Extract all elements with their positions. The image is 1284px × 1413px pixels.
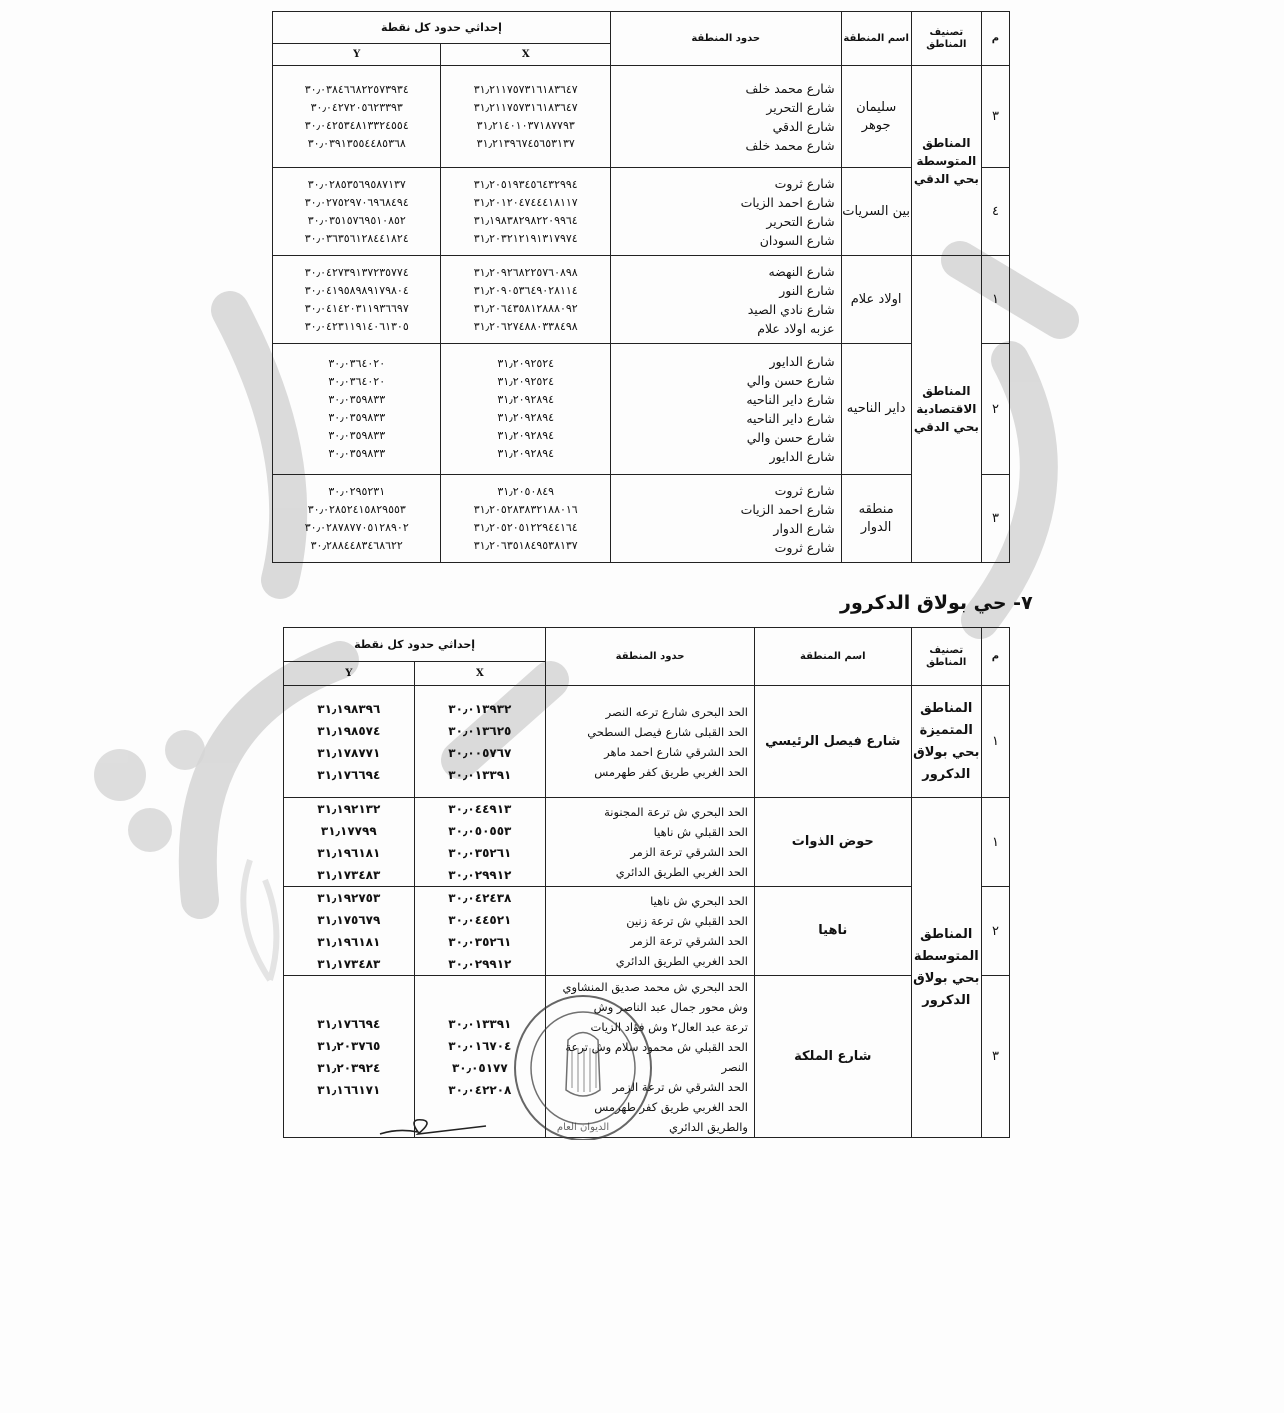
zone-name: اولاد علام — [841, 256, 911, 344]
table-row: ٣ المناطق المتوسطة بحي الدقي سليمان جوهر… — [273, 66, 1010, 168]
x-value: ٣١٫٢٠٥١٩٣٤٥٦٤٣٢٩٩٤ — [441, 176, 609, 194]
x-value: ٣١٫٢٠٩٢٨٩٤ — [441, 445, 609, 463]
x-coordinates: ٣٠٫٠١٣٩٣٢ ٣٠٫٠١٣٦٢٥ ٣٠٫٠٠٥٧٦٧ ٣٠٫٠١٣٣٩١ — [414, 686, 546, 798]
zone-name: شارع فيصل الرئيسي — [754, 686, 911, 798]
y-coordinates: ٣٠٫٠٣٦٤٠٢٠ ٣٠٫٠٣٦٤٠٢٠ ٣٠٫٠٣٥٩٨٣٣ ٣٠٫٠٣٥٩… — [273, 344, 441, 475]
header-x: X — [414, 662, 546, 686]
x-value: ٣٠٫٠٤٤٩١٣ — [415, 798, 546, 820]
y-value: ٣١٫١٧٨٧٧١ — [284, 742, 414, 764]
x-value: ٣٠٫٠١٣٦٢٥ — [415, 720, 546, 742]
y-value: ٣١٫١٧٥٦٧٩ — [284, 909, 414, 931]
bound-line: شارع احمد الزيات — [611, 500, 835, 519]
x-coordinates: ٣١٫٢١١٧٥٧٣١٦١٨٣٦٤٧ ٣١٫٢١١٧٥٧٣١٦١٨٣٦٤٧ ٣١… — [441, 66, 610, 168]
header-classification: تصنيف المناطق — [911, 628, 981, 686]
x-value: ٣١٫٢٠٦٢٧٤٨٨٠٣٣٨٤٩٨ — [441, 318, 609, 336]
x-value: ٣١٫٢٠٥٢٨٣٨٣٢١٨٨٠١٦ — [441, 501, 609, 519]
x-value: ٣١٫٢٠٥٢٠٥١٢٢٩٤٤١٦٤ — [441, 519, 609, 537]
row-index: ٣ — [981, 976, 1009, 1138]
x-value: ٣١٫٢٠٩٢٨٩٤ — [441, 427, 609, 445]
x-value: ٣١٫٢٠٩٢٨٩٤ — [441, 391, 609, 409]
x-value: ٣٠٫٠٢٩٩١٢ — [415, 864, 546, 886]
bound-line: شارع احمد الزيات — [611, 193, 835, 212]
x-value: ٣٠٫٠١٦٧٠٤ — [415, 1035, 546, 1057]
y-value: ٣٠٫٠٤٢٥٣٤٨١٣٣٢٤٥٥٤ — [273, 117, 440, 135]
zone-bounds: الحد البحرى شارع ترعه النصر الحد القبلى … — [546, 686, 755, 798]
y-value: ٣١٫١٧٣٤٨٣ — [284, 864, 414, 886]
x-value: ٣٠٫٠٤٢٤٣٨ — [415, 887, 546, 909]
y-value: ٣٠٫٠٣٦٣٥٦١٢٨٤٤١٨٢٤ — [273, 230, 440, 248]
bound-line: شارع الدايور — [611, 352, 835, 371]
row-index: ٤ — [981, 168, 1009, 256]
y-coordinates: ٣١٫١٩٨٣٩٦ ٣١٫١٩٨٥٧٤ ٣١٫١٧٨٧٧١ ٣١٫١٧٦٦٩٤ — [284, 686, 415, 798]
bound-line: الحد الغربي طريق كفر طهرمس — [546, 1097, 748, 1117]
row-index: ٣ — [981, 475, 1009, 563]
x-value: ٣١٫٢١٣٩٦٧٤٥٦٥٣١٣٧ — [441, 135, 609, 153]
zone-bounds: الحد البحري ش ترعة المجنونة الحد القبلي … — [546, 798, 755, 887]
y-value: ٣٠٫٠٣٦٤٠٢٠ — [273, 373, 440, 391]
header-classification: تصنيف المناطق — [911, 12, 981, 66]
y-value: ٣١٫١٩٨٥٧٤ — [284, 720, 414, 742]
bound-line: والطريق الدائري — [546, 1117, 748, 1137]
x-value: ٣١٫٢٠٩٠٥٣٦٤٩٠٢٨١١٤ — [441, 282, 609, 300]
header-zone-bounds: حدود المنطقة — [610, 12, 841, 66]
header-coordinates: إحداثي حدود كل نقطة — [273, 12, 611, 44]
bound-line: الحد القبلي ش محمود سلام وش ترعة — [546, 1037, 748, 1057]
y-value: ٣٠٫٠٢٩٥٢٣١ — [273, 483, 440, 501]
y-value: ٣٠٫٠٢٨٥٣٥٦٩٥٨٧١٣٧ — [273, 176, 440, 194]
header-index: م — [981, 12, 1009, 66]
row-index: ١ — [981, 798, 1009, 887]
table-row: ٢ داير الناحيه شارع الدايور شارع حسن وال… — [273, 344, 1010, 475]
x-value: ٣٠٫٠١٣٣٩١ — [415, 764, 546, 786]
zone-bounds: الحد البحري ش ناهيا الحد القبلي ش ترعة ز… — [546, 887, 755, 976]
header-zone-name: اسم المنطقة — [754, 628, 911, 686]
x-value: ٣٠٫٠٠٥٧٦٧ — [415, 742, 546, 764]
bound-line: شارع الدقي — [611, 117, 835, 136]
header-index: م — [981, 628, 1009, 686]
y-value: ٣٠٫٠٢٨٥٢٤١٥٨٢٩٥٥٣ — [273, 501, 440, 519]
bound-line: ترعة عبد العال٢ وش فؤاد الزيات — [546, 1017, 748, 1037]
y-value: ٣٠٫٠٤٢٧٢٠٥٦٢٣٣٩٣ — [273, 99, 440, 117]
y-value: ٣١٫٢٠٣٩٢٤ — [284, 1057, 414, 1079]
zone-bounds: شارع ثروت شارع احمد الزيات شارع التحرير … — [610, 168, 841, 256]
classification-cell: المناطق الاقتصادية بحي الدقي — [911, 256, 981, 563]
classification-cell: المناطق المتوسطة بحي الدقي — [911, 66, 981, 256]
header-zone-name: اسم المنطقة — [841, 12, 911, 66]
table-row: ٢ ناهيا الحد البحري ش ناهيا الحد القبلي … — [284, 887, 1010, 976]
bound-line: الحد الغربي الطريق الدائري — [546, 951, 748, 971]
x-value: ٣١٫٢٠٩٢٥٢٤ — [441, 373, 609, 391]
bound-line: الحد القبلي ش ترعة زنين — [546, 911, 748, 931]
x-coordinates: ٣٠٫٠٤٢٤٣٨ ٣٠٫٠٤٤٥٢١ ٣٠٫٠٣٥٢٦١ ٣٠٫٠٢٩٩١٢ — [414, 887, 546, 976]
bound-line: شارع داير الناحيه — [611, 390, 835, 409]
bound-line: شارع محمد خلف — [611, 136, 835, 155]
x-value: ٣١٫٢١٤٠١٠٣٧١٨٧٧٩٣ — [441, 117, 609, 135]
header-zone-bounds: حدود المنطقة — [546, 628, 755, 686]
y-value: ٣٠٫٠٣٥٩٨٣٣ — [273, 391, 440, 409]
y-value: ٣١٫١٩٦١٨١ — [284, 931, 414, 953]
y-value: ٣٠٫٠٣٥٩٨٣٣ — [273, 409, 440, 427]
zone-bounds: شارع محمد خلف شارع التحرير شارع الدقي شا… — [610, 66, 841, 168]
y-value: ٣٠٫٠٣٥٩٨٣٣ — [273, 445, 440, 463]
bound-line: الحد البحرى شارع ترعه النصر — [546, 702, 748, 722]
header-y: Y — [284, 662, 415, 686]
x-value: ٣٠٫٠٢٩٩١٢ — [415, 953, 546, 975]
y-value: ٣٠٫٠٤١٤٢٠٣١١٩٣٦٦٩٧ — [273, 300, 440, 318]
section-title: ٧- حي بولاق الدكرور — [840, 592, 1033, 614]
y-value: ٣١٫١٩٦١٨١ — [284, 842, 414, 864]
bound-line: الحد البحري ش محمد صديق المنشاوي — [546, 977, 748, 997]
x-value: ٣٠٫٠١٣٣٩١ — [415, 1013, 546, 1035]
y-coordinates: ٣٠٫٠٣٨٤٦٦٨٢٢٥٧٣٩٣٤ ٣٠٫٠٤٢٧٢٠٥٦٢٣٣٩٣ ٣٠٫٠… — [273, 66, 441, 168]
x-coordinates: ٣١٫٢٠٥١٩٣٤٥٦٤٣٢٩٩٤ ٣١٫٢٠١٢٠٤٧٤٤٤١٨١١٧ ٣١… — [441, 168, 610, 256]
row-index: ١ — [981, 686, 1009, 798]
row-index: ١ — [981, 256, 1009, 344]
x-value: ٣١٫٢١١٧٥٧٣١٦١٨٣٦٤٧ — [441, 99, 609, 117]
x-value: ٣١٫٢٠٩٢٥٢٤ — [441, 355, 609, 373]
table-row: ١ المناطق المتوسطة بحي بولاق الدكرور حوض… — [284, 798, 1010, 887]
y-value: ٣٠٫٠٣٥٩٨٣٣ — [273, 427, 440, 445]
x-value: ٣١٫٢٠٣٢١٢١٩١٣١٧٩٧٤ — [441, 230, 609, 248]
bound-line: شارع الدايور — [611, 447, 835, 466]
bound-line: وش محور جمال عبد الناصر وش — [546, 997, 748, 1017]
bound-line: النصر — [546, 1057, 748, 1077]
table-row: ٣ منطقه الدوار شارع ثروت شارع احمد الزيا… — [273, 475, 1010, 563]
zone-name: ناهيا — [754, 887, 911, 976]
row-index: ٢ — [981, 887, 1009, 976]
y-value: ٣٠٫٠٤٢٧٣٩١٣٧٢٣٥٧٧٤ — [273, 264, 440, 282]
y-value: ٣١٫١٩٢١٣٢ — [284, 798, 414, 820]
zones-table-bulaq-dakrour: م تصنيف المناطق اسم المنطقة حدود المنطقة… — [283, 627, 1010, 1138]
bound-line: الحد الشرقي ترعة الزمر — [546, 842, 748, 862]
y-coordinates: ٣١٫١٧٦٦٩٤ ٣١٫٢٠٣٧٦٥ ٣١٫٢٠٣٩٢٤ ٣١٫١٦٦١٧١ — [284, 976, 415, 1138]
header-coordinates: إحداثي حدود كل نقطة — [284, 628, 546, 662]
y-value: ٣١٫١٧٦٦٩٤ — [284, 1013, 414, 1035]
x-value: ٣٠٫٠٣٥٢٦١ — [415, 931, 546, 953]
bound-line: الحد القبلي ش ناهيا — [546, 822, 748, 842]
zone-bounds: شارع النهضه شارع النور شارع نادي الصيد ع… — [610, 256, 841, 344]
x-value: ٣١٫٢٠٥٠٨٤٩ — [441, 483, 609, 501]
table-row: ١ المناطق الاقتصادية بحي الدقي اولاد علا… — [273, 256, 1010, 344]
x-value: ٣١٫٢٠٩٢٨٩٤ — [441, 409, 609, 427]
x-coordinates: ٣٠٫٠٤٤٩١٣ ٣٠٫٠٥٠٥٥٣ ٣٠٫٠٣٥٢٦١ ٣٠٫٠٢٩٩١٢ — [414, 798, 546, 887]
x-coordinates: ٣١٫٢٠٩٢٥٢٤ ٣١٫٢٠٩٢٥٢٤ ٣١٫٢٠٩٢٨٩٤ ٣١٫٢٠٩٢… — [441, 344, 610, 475]
zone-name: بين السريات — [841, 168, 911, 256]
bound-line: عزبه اولاد علام — [611, 319, 835, 338]
x-value: ٣١٫٢٠١٢٠٤٧٤٤٤١٨١١٧ — [441, 194, 609, 212]
header-y: Y — [273, 44, 441, 66]
zone-name: شارع الملكة — [754, 976, 911, 1138]
x-value: ٣٠٫٠٥٠٥٥٣ — [415, 820, 546, 842]
bound-line: شارع التحرير — [611, 98, 835, 117]
table-row: ١ المناطق المتميزة بحي بولاق الدكرور شار… — [284, 686, 1010, 798]
zone-name: منطقه الدوار — [841, 475, 911, 563]
bound-line: شارع نادي الصيد — [611, 300, 835, 319]
bound-line: الحد الغربي طريق كفر طهرمس — [546, 762, 748, 782]
bound-line: الحد البحري ش ناهيا — [546, 891, 748, 911]
y-value: ٣١٫١٧٣٤٨٣ — [284, 953, 414, 975]
bound-line: الحد القبلى شارع فيصل السطحي — [546, 722, 748, 742]
row-index: ٢ — [981, 344, 1009, 475]
x-value: ٣٠٫٠٤٤٥٢١ — [415, 909, 546, 931]
y-value: ٣١٫١٩٢٧٥٣ — [284, 887, 414, 909]
table-row: ٣ شارع الملكة الحد البحري ش محمد صديق ال… — [284, 976, 1010, 1138]
y-value: ٣٠٫٠٢٨٧٨٧٧٠٥١٢٨٩٠٢ — [273, 519, 440, 537]
x-value: ٣١٫٢٠٦٣٥١٨٤٩٥٣٨١٣٧ — [441, 537, 609, 555]
y-value: ٣١٫١٦٦١٧١ — [284, 1079, 414, 1101]
header-x: X — [441, 44, 610, 66]
zone-bounds: شارع ثروت شارع احمد الزيات شارع الدوار ش… — [610, 475, 841, 563]
x-value: ٣٠٫٠٤٢٢٠٨ — [415, 1079, 546, 1101]
y-coordinates: ٣١٫١٩٢٧٥٣ ٣١٫١٧٥٦٧٩ ٣١٫١٩٦١٨١ ٣١٫١٧٣٤٨٣ — [284, 887, 415, 976]
table-row: ٤ بين السريات شارع ثروت شارع احمد الزيات… — [273, 168, 1010, 256]
x-value: ٣٠٫٠٥١٧٧ — [415, 1057, 546, 1079]
bound-line: شارع حسن والي — [611, 428, 835, 447]
bound-line: شارع النور — [611, 281, 835, 300]
y-value: ٣٠٫٠٤١٩٥٨٩٨٩١٧٩٨٠٤ — [273, 282, 440, 300]
bound-line: الحد الغربي الطريق الدائري — [546, 862, 748, 882]
y-coordinates: ٣١٫١٩٢١٣٢ ٣١٫١٧٧٩٩ ٣١٫١٩٦١٨١ ٣١٫١٧٣٤٨٣ — [284, 798, 415, 887]
bound-line: شارع محمد خلف — [611, 79, 835, 98]
bound-line: شارع داير الناحيه — [611, 409, 835, 428]
zone-name: حوض الذوات — [754, 798, 911, 887]
bound-line: الحد الشرقي ترعة الزمر — [546, 931, 748, 951]
y-coordinates: ٣٠٫٠٤٢٧٣٩١٣٧٢٣٥٧٧٤ ٣٠٫٠٤١٩٥٨٩٨٩١٧٩٨٠٤ ٣٠… — [273, 256, 441, 344]
x-value: ٣١٫٢٠٦٤٣٥٨١٢٨٨٨٠٩٢ — [441, 300, 609, 318]
bound-line: الحد الشرقي شارع احمد ماهر — [546, 742, 748, 762]
x-coordinates: ٣٠٫٠١٣٣٩١ ٣٠٫٠١٦٧٠٤ ٣٠٫٠٥١٧٧ ٣٠٫٠٤٢٢٠٨ — [414, 976, 546, 1138]
y-value: ٣١٫١٩٨٣٩٦ — [284, 698, 414, 720]
y-value: ٣٠٫٠٣٨٤٦٦٨٢٢٥٧٣٩٣٤ — [273, 81, 440, 99]
y-value: ٣١٫١٧٦٦٩٤ — [284, 764, 414, 786]
y-value: ٣٠٫٢٨٨٤٤٨٣٤٦٨٦٢٢ — [273, 537, 440, 555]
bound-line: شارع ثروت — [611, 481, 835, 500]
y-value: ٣٠٫٠٤٢٣١١٩١٤٠٦١٣٠٥ — [273, 318, 440, 336]
y-value: ٣١٫١٧٧٩٩ — [284, 820, 414, 842]
y-value: ٣٠٫٠٣٦٤٠٢٠ — [273, 355, 440, 373]
y-value: ٣١٫٢٠٣٧٦٥ — [284, 1035, 414, 1057]
bound-line: شارع التحرير — [611, 212, 835, 231]
x-coordinates: ٣١٫٢٠٩٢٦٨٢٢٥٧٦٠٨٩٨ ٣١٫٢٠٩٠٥٣٦٤٩٠٢٨١١٤ ٣١… — [441, 256, 610, 344]
x-value: ٣٠٫٠٣٥٢٦١ — [415, 842, 546, 864]
zones-table-dokki: م تصنيف المناطق اسم المنطقة حدود المنطقة… — [272, 11, 1010, 563]
classification-cell: المناطق المتوسطة بحي بولاق الدكرور — [911, 798, 981, 1138]
x-value: ٣١٫١٩٨٣٨٢٩٨٢٢٠٩٩٦٤ — [441, 212, 609, 230]
zone-bounds: شارع الدايور شارع حسن والي شارع داير الن… — [610, 344, 841, 475]
bound-line: الحد البحري ش ترعة المجنونة — [546, 802, 748, 822]
x-coordinates: ٣١٫٢٠٥٠٨٤٩ ٣١٫٢٠٥٢٨٣٨٣٢١٨٨٠١٦ ٣١٫٢٠٥٢٠٥١… — [441, 475, 610, 563]
bound-line: شارع الدوار — [611, 519, 835, 538]
bound-line: شارع ثروت — [611, 174, 835, 193]
y-coordinates: ٣٠٫٠٢٩٥٢٣١ ٣٠٫٠٢٨٥٢٤١٥٨٢٩٥٥٣ ٣٠٫٠٢٨٧٨٧٧٠… — [273, 475, 441, 563]
y-coordinates: ٣٠٫٠٢٨٥٣٥٦٩٥٨٧١٣٧ ٣٠٫٠٢٧٥٢٩٧٠٦٩٦٨٤٩٤ ٣٠٫… — [273, 168, 441, 256]
zone-bounds: الحد البحري ش محمد صديق المنشاوي وش محور… — [546, 976, 755, 1138]
zone-name: داير الناحيه — [841, 344, 911, 475]
x-value: ٣٠٫٠١٣٩٣٢ — [415, 698, 546, 720]
y-value: ٣٠٫٠٢٧٥٢٩٧٠٦٩٦٨٤٩٤ — [273, 194, 440, 212]
bound-line: الحد الشرقي ش ترعة الزمر — [546, 1077, 748, 1097]
row-index: ٣ — [981, 66, 1009, 168]
x-value: ٣١٫٢٠٩٢٦٨٢٢٥٧٦٠٨٩٨ — [441, 264, 609, 282]
bound-line: شارع حسن والي — [611, 371, 835, 390]
y-value: ٣٠٫٠٣٥١٥٧٦٩٥١٠٨٥٢ — [273, 212, 440, 230]
bound-line: شارع ثروت — [611, 538, 835, 557]
y-value: ٣٠٫٠٣٩١٣٥٥٤٤٨٥٣٦٨ — [273, 135, 440, 153]
classification-cell: المناطق المتميزة بحي بولاق الدكرور — [911, 686, 981, 798]
bound-line: شارع النهضه — [611, 262, 835, 281]
bound-line: شارع السودان — [611, 231, 835, 250]
x-value: ٣١٫٢١١٧٥٧٣١٦١٨٣٦٤٧ — [441, 81, 609, 99]
zone-name: سليمان جوهر — [841, 66, 911, 168]
